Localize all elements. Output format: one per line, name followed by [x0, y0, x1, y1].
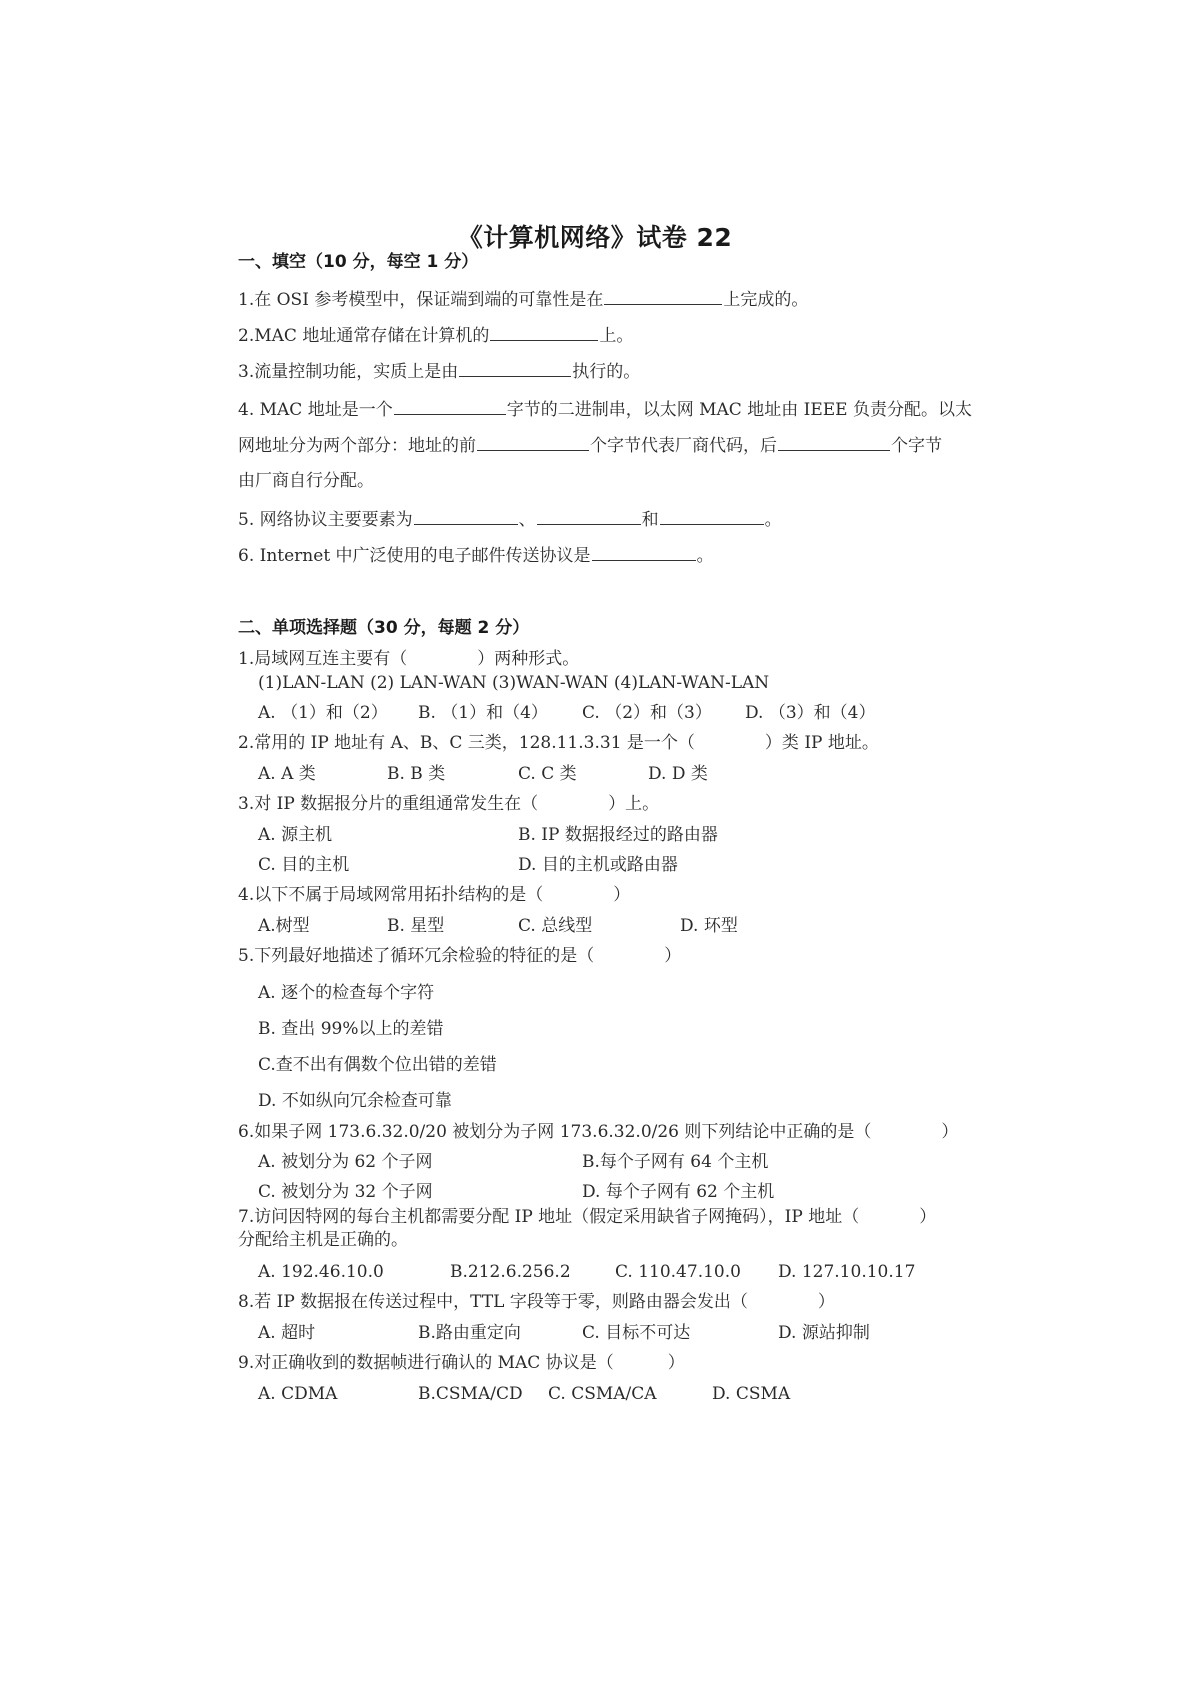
fill-question-2: 2.MAC 地址通常存储在计算机的上。 [238, 324, 633, 347]
question-text: 网地址分为两个部分：地址的前 [238, 436, 476, 456]
question-text: 上完成的。 [723, 290, 808, 310]
question-text: ）两种形式。 [477, 649, 579, 669]
question-text: 3.对 IP 数据报分片的重组通常发生在（ [238, 794, 538, 814]
mc-question-1-stem: 1.局域网互连主要有（）两种形式。 [238, 648, 579, 670]
question-text: ） [941, 1122, 958, 1142]
mc-8-option-c[interactable]: C. 目标不可达 [582, 1322, 690, 1344]
mc-3-option-a[interactable]: A. 源主机 [258, 824, 332, 846]
question-text: ）上。 [608, 794, 659, 814]
mc-2-option-d[interactable]: D. D 类 [648, 763, 708, 785]
answer-blank[interactable] [778, 434, 890, 451]
question-text: 。 [765, 510, 782, 530]
question-text: 1.在 OSI 参考模型中，保证端到端的可靠性是在 [238, 290, 603, 310]
mc-question-1-sub: (1)LAN-LAN (2) LAN-WAN (3)WAN-WAN (4)LAN… [258, 672, 769, 694]
question-text: 4. MAC 地址是一个 [238, 400, 393, 420]
mc-1-option-c[interactable]: C. （2）和（3） [582, 702, 712, 724]
mc-8-option-a[interactable]: A. 超时 [258, 1322, 315, 1344]
mc-6-option-c[interactable]: C. 被划分为 32 个子网 [258, 1181, 433, 1203]
question-text: ） [613, 885, 630, 905]
mc-2-option-c[interactable]: C. C 类 [518, 763, 577, 785]
fill-question-1: 1.在 OSI 参考模型中，保证端到端的可靠性是在上完成的。 [238, 288, 808, 311]
mc-2-option-b[interactable]: B. B 类 [387, 763, 445, 785]
question-text: 执行的。 [572, 362, 640, 382]
question-text: 。 [697, 546, 714, 566]
mc-5-option-b[interactable]: B. 查出 99%以上的差错 [258, 1018, 444, 1040]
question-text: ）类 IP 地址。 [765, 733, 879, 753]
question-text: 5. 网络协议主要要素为 [238, 510, 413, 530]
fill-question-4-line-2: 网地址分为两个部分：地址的前个字节代表厂商代码，后个字节 [238, 434, 942, 457]
mc-9-option-b[interactable]: B.CSMA/CD [418, 1383, 523, 1405]
fill-question-4-line-1: 4. MAC 地址是一个字节的二进制串，以太网 MAC 地址由 IEEE 负责分… [238, 398, 972, 421]
exam-page: 《计算机网络》试卷 22 一、填空（10 分，每空 1 分） 1.在 OSI 参… [0, 0, 1190, 1683]
question-text: ） [668, 1353, 685, 1373]
mc-6-option-d[interactable]: D. 每个子网有 62 个主机 [582, 1181, 774, 1203]
mc-3-option-c[interactable]: C. 目的主机 [258, 854, 349, 876]
mc-9-option-d[interactable]: D. CSMA [712, 1383, 790, 1405]
mc-7-option-d[interactable]: D. 127.10.10.17 [778, 1261, 915, 1283]
mc-8-option-d[interactable]: D. 源站抑制 [778, 1322, 870, 1344]
question-text: 9.对正确收到的数据帧进行确认的 MAC 协议是（ [238, 1353, 614, 1373]
mc-9-option-a[interactable]: A. CDMA [258, 1383, 337, 1405]
separator: 和 [642, 510, 659, 530]
question-text: ） [664, 946, 681, 966]
question-text: 2.MAC 地址通常存储在计算机的 [238, 326, 489, 346]
page-title: 《计算机网络》试卷 22 [0, 218, 1190, 254]
fill-question-5: 5. 网络协议主要要素为、和。 [238, 508, 782, 531]
fill-question-6: 6. Internet 中广泛使用的电子邮件传送协议是。 [238, 544, 714, 567]
mc-7-option-c[interactable]: C. 110.47.10.0 [615, 1261, 741, 1283]
mc-question-9-stem: 9.对正确收到的数据帧进行确认的 MAC 协议是（） [238, 1352, 685, 1374]
answer-blank[interactable] [604, 288, 722, 305]
mc-question-8-stem: 8.若 IP 数据报在传送过程中，TTL 字段等于零，则路由器会发出（） [238, 1291, 835, 1313]
answer-blank[interactable] [414, 508, 518, 525]
answer-blank[interactable] [394, 398, 506, 415]
answer-blank[interactable] [660, 508, 764, 525]
question-text: 6.如果子网 173.6.32.0/20 被划分为子网 173.6.32.0/2… [238, 1122, 871, 1142]
answer-blank[interactable] [459, 360, 571, 377]
mc-question-4-stem: 4.以下不属于局域网常用拓扑结构的是（） [238, 884, 630, 906]
mc-4-option-a[interactable]: A.树型 [258, 915, 310, 937]
mc-6-option-b[interactable]: B.每个子网有 64 个主机 [582, 1151, 768, 1173]
question-text: 3.流量控制功能，实质上是由 [238, 362, 458, 382]
mc-4-option-b[interactable]: B. 星型 [387, 915, 444, 937]
question-text: 2.常用的 IP 地址有 A、B、C 三类，128.11.3.31 是一个（ [238, 733, 695, 753]
mc-1-option-b[interactable]: B. （1）和（4） [418, 702, 548, 724]
mc-4-option-d[interactable]: D. 环型 [680, 915, 738, 937]
question-text: ） [919, 1207, 936, 1227]
mc-question-2-stem: 2.常用的 IP 地址有 A、B、C 三类，128.11.3.31 是一个（）类… [238, 732, 879, 754]
fill-question-4-line-3: 由厂商自行分配。 [238, 470, 374, 492]
question-text: 7.访问因特网的每台主机都需要分配 IP 地址（假定采用缺省子网掩码），IP 地… [238, 1207, 859, 1227]
question-text: 字节的二进制串，以太网 MAC 地址由 IEEE 负责分配。以太 [507, 400, 972, 420]
mc-question-5-stem: 5.下列最好地描述了循环冗余检验的特征的是（） [238, 945, 681, 967]
answer-blank[interactable] [490, 324, 598, 341]
mc-question-7-stem: 7.访问因特网的每台主机都需要分配 IP 地址（假定采用缺省子网掩码），IP 地… [238, 1206, 936, 1228]
section-heading-multiple-choice: 二、单项选择题（30 分，每题 2 分） [238, 617, 529, 639]
mc-8-option-b[interactable]: B.路由重定向 [418, 1322, 521, 1344]
mc-7-option-b[interactable]: B.212.6.256.2 [450, 1261, 571, 1283]
separator: 、 [519, 510, 536, 530]
question-text: 6. Internet 中广泛使用的电子邮件传送协议是 [238, 546, 591, 566]
mc-1-option-d[interactable]: D. （3）和（4） [745, 702, 875, 724]
question-text: ） [818, 1292, 835, 1312]
question-text: 8.若 IP 数据报在传送过程中，TTL 字段等于零，则路由器会发出（ [238, 1292, 748, 1312]
answer-blank[interactable] [537, 508, 641, 525]
fill-question-3: 3.流量控制功能，实质上是由执行的。 [238, 360, 640, 383]
mc-question-3-stem: 3.对 IP 数据报分片的重组通常发生在（）上。 [238, 793, 659, 815]
mc-9-option-c[interactable]: C. CSMA/CA [548, 1383, 657, 1405]
answer-blank[interactable] [477, 434, 589, 451]
mc-3-option-d[interactable]: D. 目的主机或路由器 [518, 854, 678, 876]
question-text: 上。 [599, 326, 633, 346]
mc-5-option-a[interactable]: A. 逐个的检查每个字符 [258, 982, 434, 1004]
question-text: 个字节 [891, 436, 942, 456]
mc-5-option-c[interactable]: C.查不出有偶数个位出错的差错 [258, 1054, 497, 1076]
section-heading-fill-in: 一、填空（10 分，每空 1 分） [238, 251, 478, 273]
mc-1-option-a[interactable]: A. （1）和（2） [258, 702, 388, 724]
mc-question-7-stem-line-2: 分配给主机是正确的。 [238, 1229, 408, 1251]
question-text: 1.局域网互连主要有（ [238, 649, 407, 669]
mc-4-option-c[interactable]: C. 总线型 [518, 915, 592, 937]
question-text: 4.以下不属于局域网常用拓扑结构的是（ [238, 885, 543, 905]
mc-3-option-b[interactable]: B. IP 数据报经过的路由器 [518, 824, 718, 846]
mc-6-option-a[interactable]: A. 被划分为 62 个子网 [258, 1151, 433, 1173]
question-text: 5.下列最好地描述了循环冗余检验的特征的是（ [238, 946, 594, 966]
mc-2-option-a[interactable]: A. A 类 [258, 763, 316, 785]
mc-7-option-a[interactable]: A. 192.46.10.0 [258, 1261, 384, 1283]
mc-5-option-d[interactable]: D. 不如纵向冗余检查可靠 [258, 1090, 452, 1112]
answer-blank[interactable] [592, 544, 696, 561]
mc-question-6-stem: 6.如果子网 173.6.32.0/20 被划分为子网 173.6.32.0/2… [238, 1121, 958, 1143]
question-text: 个字节代表厂商代码，后 [590, 436, 777, 456]
